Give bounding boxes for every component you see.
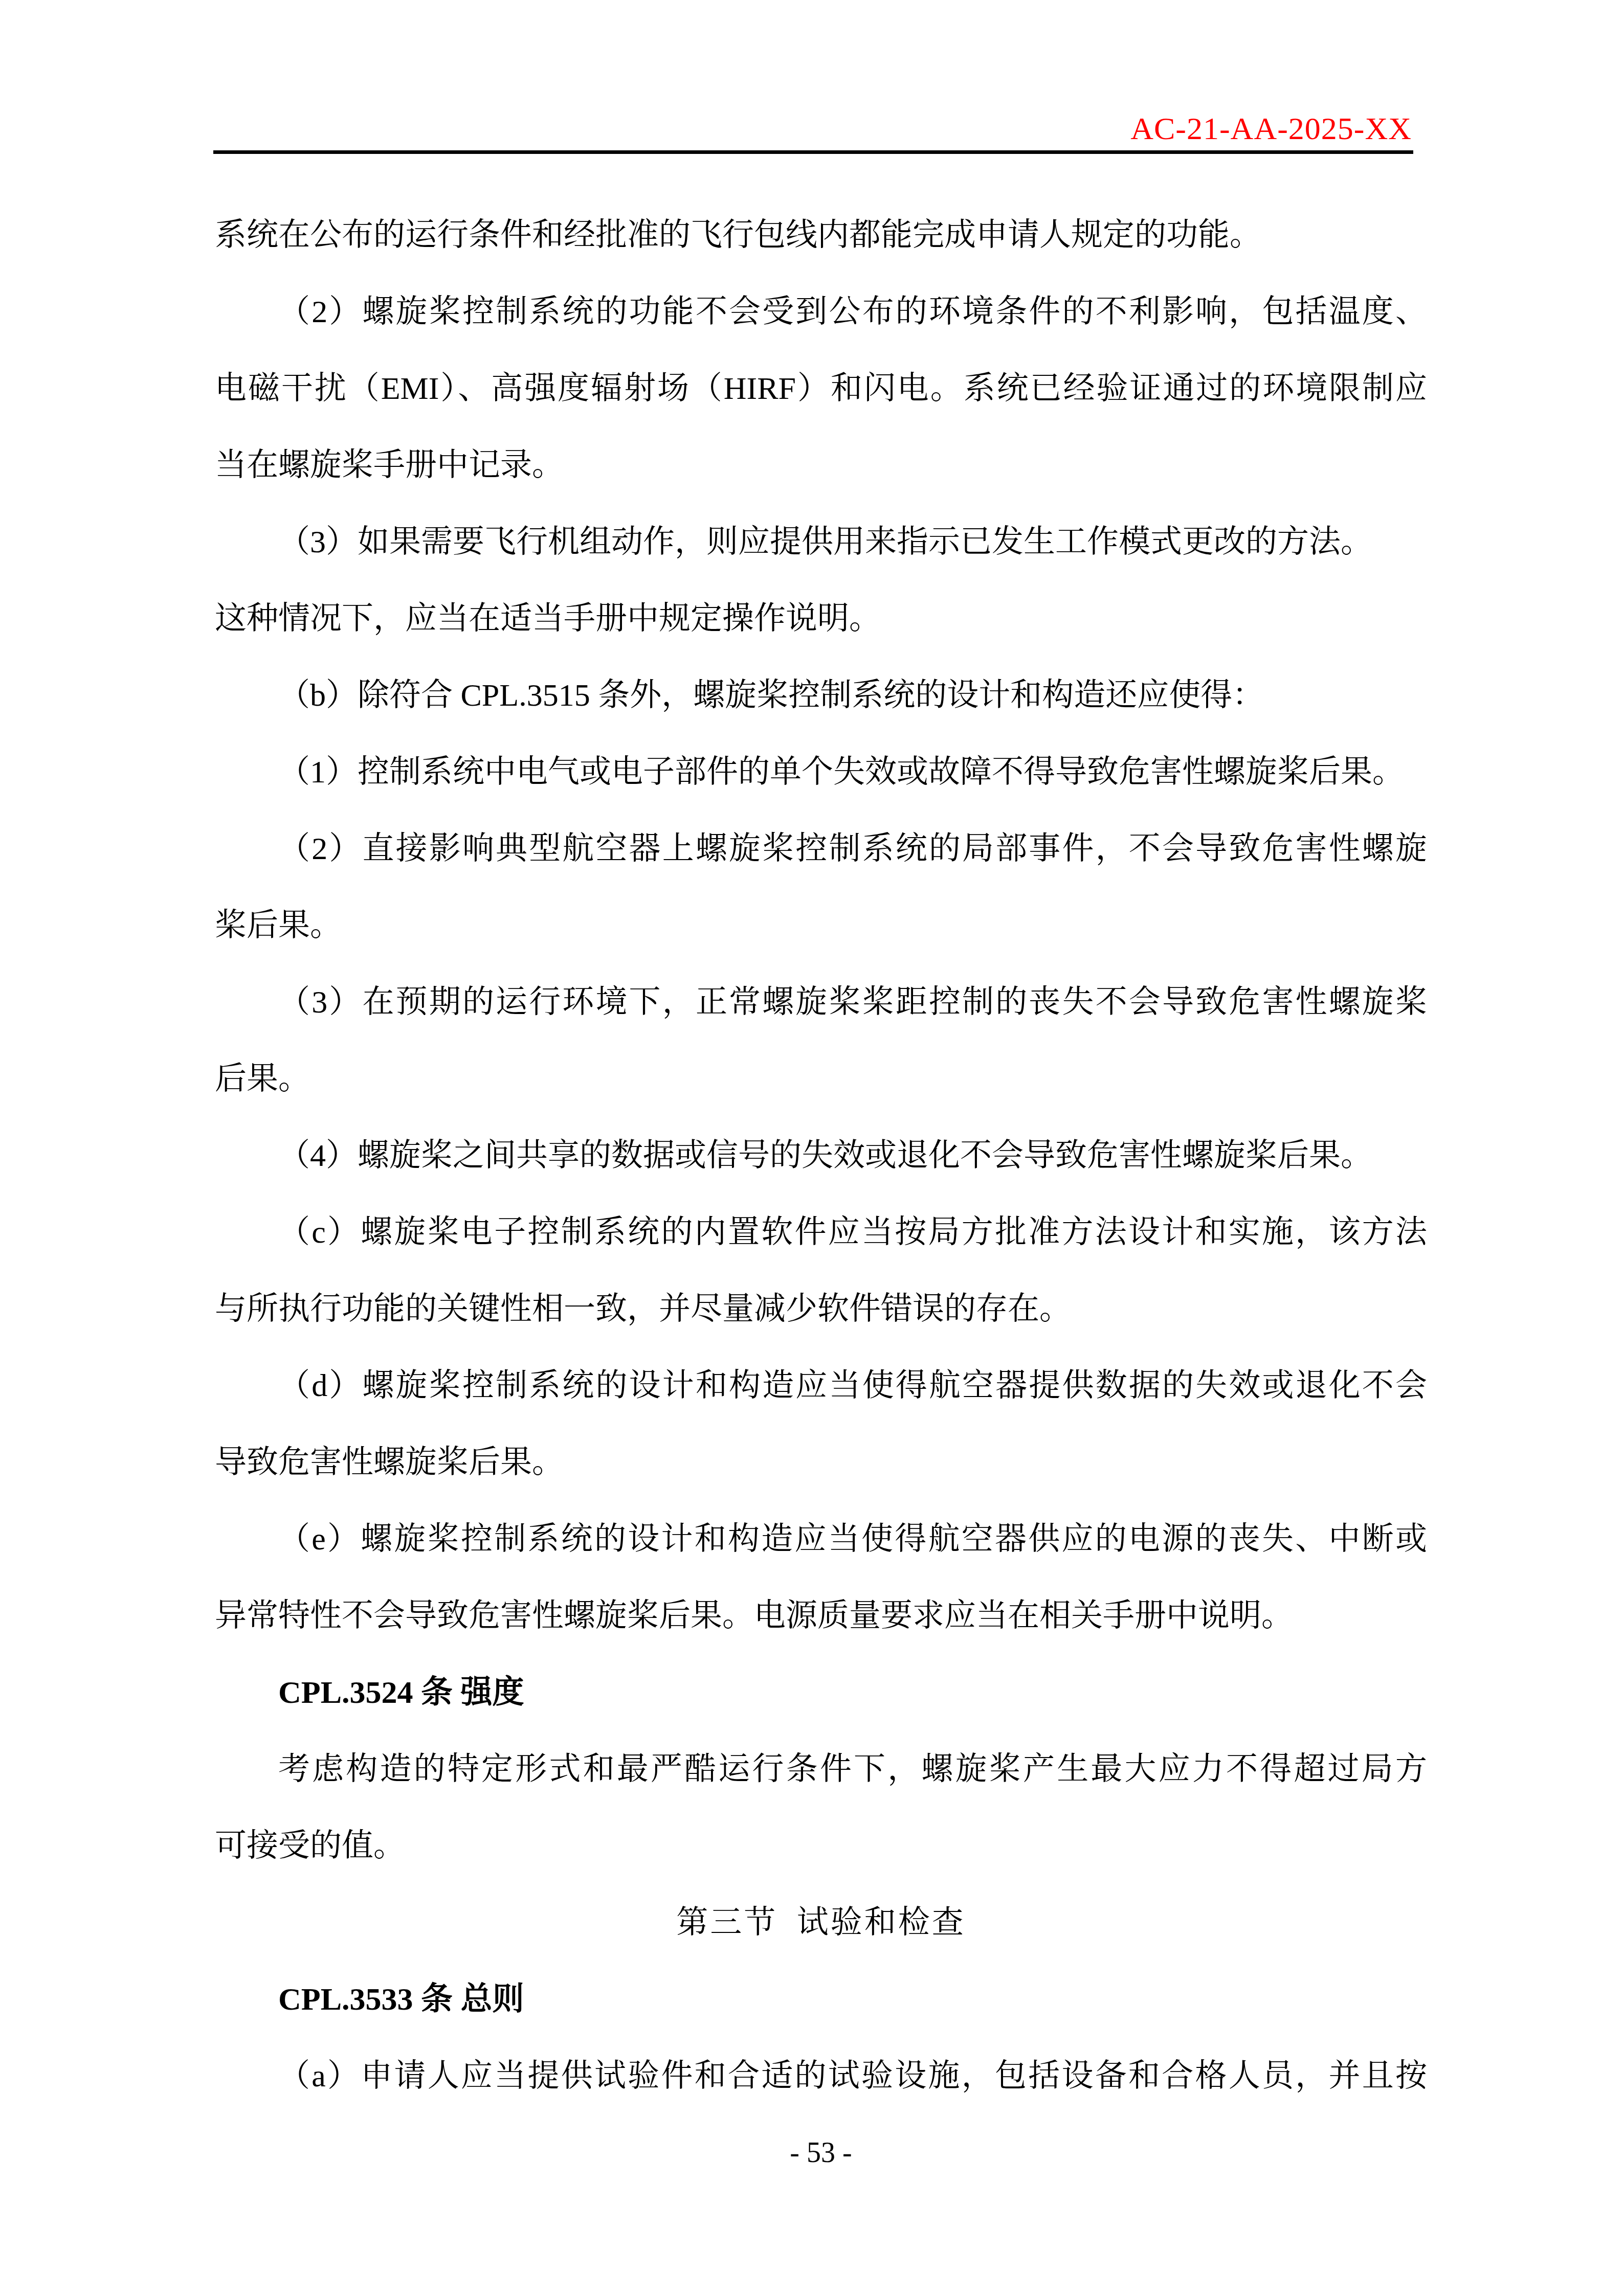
paragraph-line: 桨后果。 <box>215 887 1427 964</box>
paragraph-line: 系统在公布的运行条件和经批准的飞行包线内都能完成申请人规定的功能。 <box>215 197 1427 274</box>
paragraph-line: （3）如果需要飞行机组动作，则应提供用来指示已发生工作模式更改的方法。 <box>215 504 1427 580</box>
paragraph-line: 后果。 <box>215 1041 1427 1117</box>
paragraph-line: 异常特性不会导致危害性螺旋桨后果。电源质量要求应当在相关手册中说明。 <box>215 1578 1427 1654</box>
paragraph-line: 这种情况下，应当在适当手册中规定操作说明。 <box>215 580 1427 657</box>
paragraph-line: （1）控制系统中电气或电子部件的单个失效或故障不得导致危害性螺旋桨后果。 <box>215 734 1427 811</box>
paragraph-line: （e）螺旋桨控制系统的设计和构造应当使得航空器供应的电源的丧失、中断或 <box>215 1501 1427 1578</box>
document-page: AC-21-AA-2025-XX 系统在公布的运行条件和经批准的飞行包线内都能完… <box>0 0 1624 2296</box>
paragraph-line: （d）螺旋桨控制系统的设计和构造应当使得航空器提供数据的失效或退化不会 <box>215 1347 1427 1424</box>
document-body: 系统在公布的运行条件和经批准的飞行包线内都能完成申请人规定的功能。（2）螺旋桨控… <box>215 197 1427 2191</box>
paragraph-line: （c）螺旋桨电子控制系统的内置软件应当按局方批准方法设计和实施，该方法 <box>215 1194 1427 1271</box>
page-number: - 53 - <box>215 2114 1427 2191</box>
paragraph-line: 可接受的值。 <box>215 1808 1427 1884</box>
paragraph-line: 考虑构造的特定形式和最严酷运行条件下，螺旋桨产生最大应力不得超过局方 <box>215 1731 1427 1808</box>
section-heading: 第三节 试验和检查 <box>215 1884 1427 1961</box>
paragraph-line: 导致危害性螺旋桨后果。 <box>215 1424 1427 1501</box>
paragraph-line: （b）除符合 CPL.3515 条外，螺旋桨控制系统的设计和构造还应使得： <box>215 657 1427 734</box>
paragraph-line: （3）在预期的运行环境下，正常螺旋桨桨距控制的丧失不会导致危害性螺旋桨 <box>215 964 1427 1041</box>
paragraph-line: 与所执行功能的关键性相一致，并尽量减少软件错误的存在。 <box>215 1271 1427 1347</box>
paragraph-line: （2）螺旋桨控制系统的功能不会受到公布的环境条件的不利影响，包括温度、 <box>215 274 1427 350</box>
header-rule <box>213 150 1413 154</box>
paragraph-line: （a）申请人应当提供试验件和合适的试验设施，包括设备和合格人员，并且按 <box>215 2038 1427 2114</box>
article-heading-cpl-3524: CPL.3524 条 强度 <box>215 1654 1427 1731</box>
paragraph-line: （2）直接影响典型航空器上螺旋桨控制系统的局部事件，不会导致危害性螺旋 <box>215 811 1427 887</box>
doc-number-header: AC-21-AA-2025-XX <box>1130 112 1412 145</box>
paragraph-line: （4）螺旋桨之间共享的数据或信号的失效或退化不会导致危害性螺旋桨后果。 <box>215 1117 1427 1194</box>
article-heading-cpl-3533: CPL.3533 条 总则 <box>215 1961 1427 2038</box>
paragraph-line: 当在螺旋桨手册中记录。 <box>215 427 1427 504</box>
paragraph-line: 电磁干扰（EMI）、高强度辐射场（HIRF）和闪电。系统已经验证通过的环境限制应 <box>215 350 1427 427</box>
